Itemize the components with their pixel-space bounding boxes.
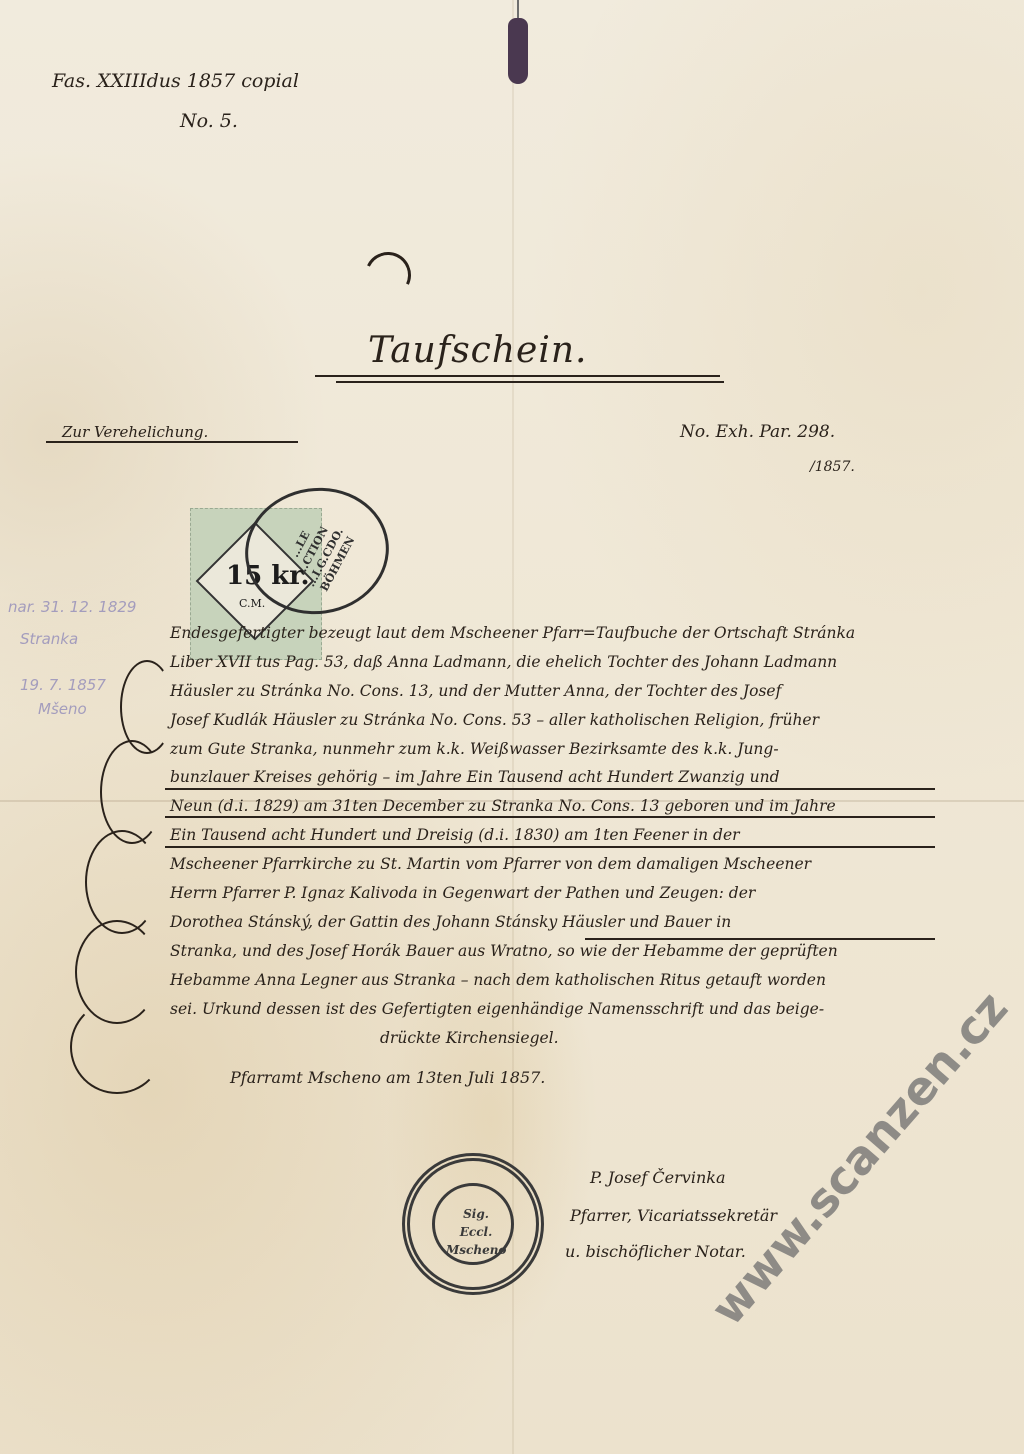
seal-thread: [517, 0, 519, 20]
document-title: Taufschein.: [368, 330, 587, 371]
body-line: Herrn Pfarrer P. Ignaz Kalivoda in Gegen…: [170, 884, 755, 902]
watermark: www.scanzen.cz: [700, 981, 1018, 1335]
body-underline: [585, 938, 935, 940]
stamp-currency: C.M.: [239, 597, 265, 610]
body-underline: [165, 846, 935, 848]
body-line: Mscheener Pfarrkirche zu St. Martin vom …: [170, 855, 811, 873]
margin-flourish-icon: [100, 740, 164, 844]
body-line: Liber XVII tus Pag. 53, daß Anna Ladmann…: [170, 653, 837, 671]
body-line: Häusler zu Stránka No. Cons. 13, und der…: [170, 682, 781, 700]
title-flourish-icon: [359, 246, 418, 305]
margin-flourish-icon: [85, 830, 159, 934]
signature-line3: u. bischöflicher Notar.: [565, 1242, 746, 1261]
body-line: zum Gute Stranka, nunmehr zum k.k. Weißw…: [170, 740, 779, 758]
pencil-note: Stranka: [20, 630, 78, 648]
body-underline: [165, 816, 935, 818]
pencil-note: Mšeno: [38, 700, 87, 718]
body-line: Ein Tausend acht Hundert und Dreisig (d.…: [170, 826, 740, 844]
exhibit-year: /1857.: [810, 459, 855, 475]
body-underline: [165, 788, 935, 790]
pencil-note: 19. 7. 1857: [20, 676, 106, 694]
body-line: bunzlauer Kreises gehörig – im Jahre Ein…: [170, 768, 780, 786]
body-line: sei. Urkund dessen ist des Gefertigten e…: [170, 1000, 824, 1018]
body-line: Hebamme Anna Legner aus Stranka – nach d…: [170, 971, 826, 989]
document-page: Fas. XXIIIdus 1857 copial No. 5. Taufsch…: [0, 0, 1024, 1454]
exhibit-number: No. Exh. Par. 298.: [680, 422, 835, 442]
subject-underline: [46, 441, 298, 443]
archive-ref-line2: No. 5.: [180, 110, 238, 132]
archive-ref-line1: Fas. XXIIIdus 1857 copial: [52, 70, 299, 92]
signature-line1: P. Josef Červinka: [590, 1168, 725, 1187]
body-line: Josef Kudlák Häusler zu Stránka No. Cons…: [170, 711, 819, 729]
place-date: Pfarramt Mscheno am 13ten Juli 1857.: [230, 1068, 545, 1087]
body-line: Dorothea Stánský, der Gattin des Johann …: [170, 913, 731, 931]
parish-seal-text: Sig. Eccl. Mscheno: [446, 1205, 506, 1259]
body-line: Stranka, und des Josef Horák Bauer aus W…: [170, 942, 838, 960]
title-underline: [315, 375, 720, 377]
wax-seal-icon: [508, 18, 528, 84]
subject-label: Zur Verehelichung.: [62, 423, 208, 441]
body-line: Endesgefertigter bezeugt laut dem Mschee…: [170, 624, 855, 642]
pencil-note: nar. 31. 12. 1829: [8, 598, 136, 616]
body-line: Neun (d.i. 1829) am 31ten December zu St…: [170, 797, 836, 815]
body-line: drückte Kirchensiegel.: [380, 1029, 559, 1047]
title-underline: [336, 381, 724, 383]
margin-flourish-icon: [70, 1000, 164, 1094]
signature-line2: Pfarrer, Vicariatssekretär: [570, 1206, 777, 1225]
